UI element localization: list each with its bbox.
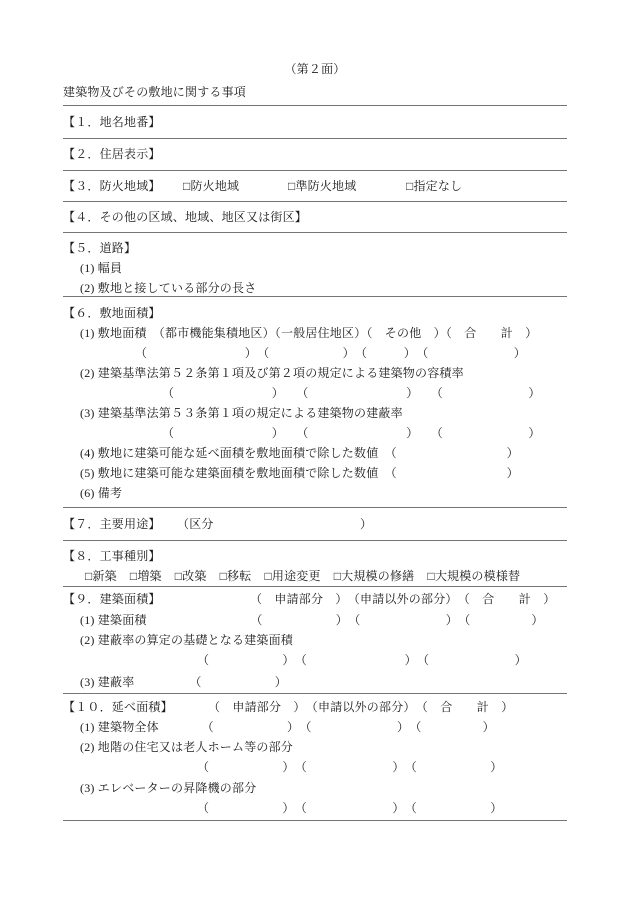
blank-field-row: （ ） （ ） （ ） [162, 426, 541, 440]
checkbox-label: 移転 [227, 569, 251, 583]
divider [63, 586, 567, 587]
checkbox-label: 準防火地域 [295, 179, 356, 193]
section-10-heading: 【１０．延べ面積】 [63, 700, 173, 714]
checkbox-label: 増築 [137, 569, 161, 583]
divider [63, 170, 567, 171]
checkbox-no-designation[interactable]: □指定なし [406, 179, 462, 193]
main-use-field: （区分 ） [177, 517, 372, 531]
form-line: (3) エレベーターの昇降機の部分 [80, 781, 256, 795]
checkbox-reconstruction[interactable]: □改築 [175, 569, 207, 583]
form-line: (6) 備考 [80, 486, 122, 500]
section-9-heading: 【９．建築面積】 [63, 592, 161, 606]
divider [63, 540, 567, 541]
form-line: (2) 地階の住宅又は老人ホーム等の部分 [80, 740, 293, 754]
checkbox-semi-fire-district[interactable]: □準防火地域 [288, 179, 356, 193]
section-8-heading: 【８．工事種別】 [63, 549, 161, 563]
checkbox-extension[interactable]: □増築 [130, 569, 162, 583]
checkbox-major-remodel[interactable]: □大規模の模様替 [427, 569, 520, 583]
section-3-heading: 【３．防火地域】 [63, 179, 161, 193]
blank-field-row: （ ） （ ） （ ） [197, 760, 502, 774]
checkbox-label: 改築 [182, 569, 206, 583]
section-7-heading: 【７．主要用途】 [63, 517, 161, 531]
section-6-heading: 【６．敷地面積】 [63, 306, 161, 320]
blank-field-row: （ ） （ ） （ ） [197, 653, 527, 667]
blank-field-row: （ ） （ ） （ ） （ ） [135, 346, 526, 360]
checkbox-icon: □ [220, 569, 227, 583]
section-2-heading: 【２．住居表示】 [63, 147, 161, 161]
checkbox-fire-district[interactable]: □防火地域 [183, 179, 239, 193]
checkbox-label: 新築 [92, 569, 116, 583]
section-5-heading: 【５．道路】 [63, 241, 136, 255]
divider [63, 232, 567, 233]
divider [63, 201, 567, 202]
section-4-heading: 【４．その他の区域、地域、地区又は街区】 [63, 210, 307, 224]
columns-header: （ 申請部分 ） （申請以外の部分） （ 合 計 ） [250, 592, 555, 606]
form-line: (2) 建築基準法第５２条第１項及び第２項の規定による建築物の容積率 [80, 366, 464, 380]
form-line: (2) 敷地と接している部分の長さ [80, 281, 256, 295]
checkbox-label: 防火地域 [190, 179, 239, 193]
form-line: (1) 幅員 [80, 261, 122, 275]
section-1-heading: 【１．地名地番】 [63, 115, 161, 129]
blank-field-row: （ ） （ ） （ ） [197, 801, 502, 815]
form-line: (3) 建蔽率 （ ） [80, 675, 287, 689]
checkbox-label: 指定なし [413, 179, 462, 193]
checkbox-use-change[interactable]: □用途変更 [264, 569, 320, 583]
divider [63, 820, 567, 821]
form-line: (1) 建築物全体 （ ） （ ） （ ） [80, 720, 495, 734]
columns-header: （ 申請部分 ） （申請以外の部分） （ 合 計 ） [208, 700, 513, 714]
form-line: (1) 建築面積 （ ） （ ） （ ） [80, 613, 544, 627]
checkbox-new-construction[interactable]: □新築 [85, 569, 117, 583]
blank-field-row: （ ） （ ） （ ） [162, 386, 541, 400]
page-title: （第２面） [0, 62, 630, 76]
checkbox-icon: □ [427, 569, 434, 583]
form-line: (4) 敷地に建築可能な延べ面積を敷地面積で除した数値 （ ） [80, 446, 519, 460]
work-type-options: □新築 □増築 □改築 □移転 □用途変更 □大規模の修繕 □大規模の模様替 [85, 569, 520, 583]
checkbox-label: 用途変更 [272, 569, 321, 583]
divider [63, 507, 567, 508]
divider [63, 693, 567, 694]
form-line: (2) 建蔽率の算定の基礎となる建築面積 [80, 633, 293, 647]
divider [63, 138, 567, 139]
divider [63, 296, 567, 297]
form-subtitle: 建築物及びその敷地に関する事項 [63, 85, 246, 99]
checkbox-label: 大規模の修繕 [341, 569, 414, 583]
checkbox-label: 大規模の模様替 [435, 569, 520, 583]
divider [63, 105, 567, 106]
checkbox-relocation[interactable]: □移転 [220, 569, 252, 583]
form-line: (1) 敷地面積 （都市機能集積地区）（一般居住地区）（ その他 ）（ 合 計 … [80, 326, 537, 340]
form-line: (3) 建築基準法第５３条第１項の規定による建築物の建蔽率 [80, 406, 403, 420]
form-line: (5) 敷地に建築可能な建築面積を敷地面積で除した数値 （ ） [80, 466, 519, 480]
checkbox-major-repair[interactable]: □大規模の修繕 [334, 569, 415, 583]
form-page: （第２面） 建築物及びその敷地に関する事項 【１．地名地番】 【２．住居表示】 … [0, 0, 630, 903]
checkbox-icon: □ [264, 569, 271, 583]
